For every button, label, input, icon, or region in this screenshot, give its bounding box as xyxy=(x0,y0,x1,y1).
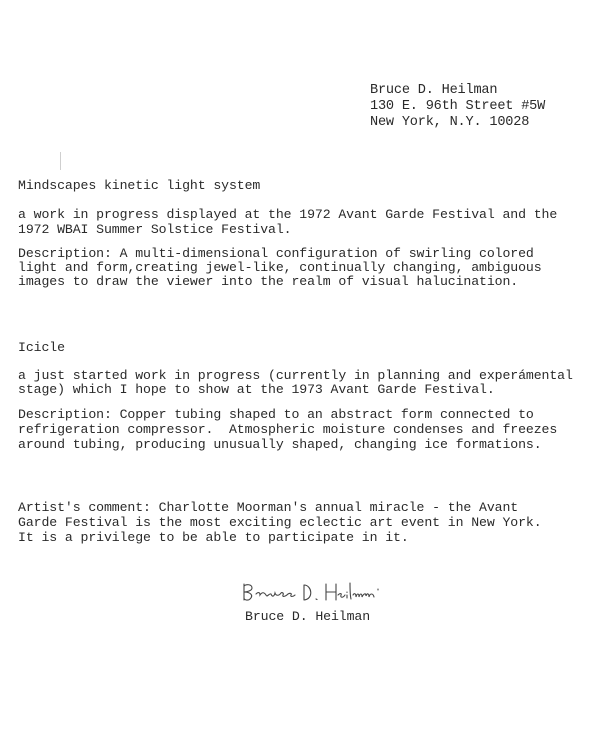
sender-street: 130 E. 96th Street #5W xyxy=(370,99,545,114)
work-description-line: images to draw the viewer into the realm… xyxy=(18,274,518,289)
work-title: Mindscapes kinetic light system xyxy=(18,178,260,193)
work-status-line: 1972 WBAI Summer Solstice Festival. xyxy=(18,222,291,237)
work-status-line: a work in progress displayed at the 1972… xyxy=(18,207,557,222)
handwritten-signature: Bruce D. Heilman xyxy=(238,580,398,606)
work-status-line: a just started work in progress (current… xyxy=(18,368,573,383)
work-description-line: refrigeration compressor. Atmospheric mo… xyxy=(18,422,557,437)
comment-line: Garde Festival is the most exciting ecle… xyxy=(18,515,542,530)
work-title: Icicle xyxy=(18,340,65,355)
paper-mark xyxy=(60,152,61,170)
comment-line: Artist's comment: Charlotte Moorman's an… xyxy=(18,500,518,515)
comment-line: It is a privilege to be able to particip… xyxy=(18,530,409,545)
work-status-line: stage) which I hope to show at the 1973 … xyxy=(18,382,495,397)
sender-city: New York, N.Y. 10028 xyxy=(370,115,529,130)
work-description-line: light and form,creating jewel-like, cont… xyxy=(18,260,542,275)
work-description-line: Description: Copper tubing shaped to an … xyxy=(18,407,534,422)
typed-signature-name: Bruce D. Heilman xyxy=(245,609,370,624)
work-description-line: Description: A multi-dimensional configu… xyxy=(18,246,534,261)
sender-name: Bruce D. Heilman xyxy=(370,83,497,98)
work-description-line: around tubing, producing unusually shape… xyxy=(18,437,542,452)
